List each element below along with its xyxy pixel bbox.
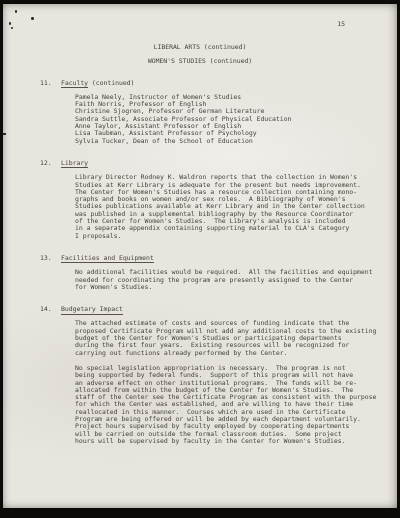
section-title: Faculty [61, 79, 88, 89]
section-number: 13. [40, 255, 61, 262]
section-title: Budgetary Impact [61, 305, 123, 315]
page-number: 15 [337, 21, 345, 28]
section-heading-library: 12.Library [40, 160, 387, 167]
header-title-line1: LIBERAL ARTS (continued) [3, 44, 397, 51]
library-paragraph: Library Director Rodney K. Waldron repor… [75, 174, 387, 240]
document-header: LIBERAL ARTS (continued) WOMEN'S STUDIES… [3, 4, 397, 66]
budgetary-paragraph-1: The attached estimate of costs and sourc… [75, 320, 387, 356]
budgetary-paragraph-2: No special legislation appropriation is … [75, 365, 387, 445]
facilities-paragraph: No additional facilities would be requir… [75, 269, 387, 291]
section-heading-facilities: 13.Facilities and Equipment [40, 255, 387, 262]
section-title-suffix: (continued) [88, 79, 134, 87]
section-title: Library [61, 159, 88, 169]
scan-speck [9, 22, 11, 25]
faculty-list: Pamela Neely, Instructor of Women's Stud… [75, 94, 387, 145]
document-page: 15 LIBERAL ARTS (continued) WOMEN'S STUD… [3, 4, 397, 508]
scan-speck [3, 133, 6, 135]
section-heading-faculty: 11.Faculty (continued) [40, 80, 387, 87]
section-number: 12. [40, 160, 61, 167]
header-title-line2: WOMEN'S STUDIES (continued) [3, 58, 397, 65]
section-number: 11. [40, 80, 61, 87]
section-heading-budgetary: 14.Budgetary Impact [40, 306, 387, 313]
section-number: 14. [40, 306, 61, 313]
scan-speck [15, 10, 17, 13]
section-title: Facilities and Equipment [61, 254, 154, 264]
document-body: 11.Faculty (continued) Pamela Neely, Ins… [3, 66, 397, 446]
scan-speck [11, 27, 13, 29]
scan-speck [31, 17, 34, 20]
